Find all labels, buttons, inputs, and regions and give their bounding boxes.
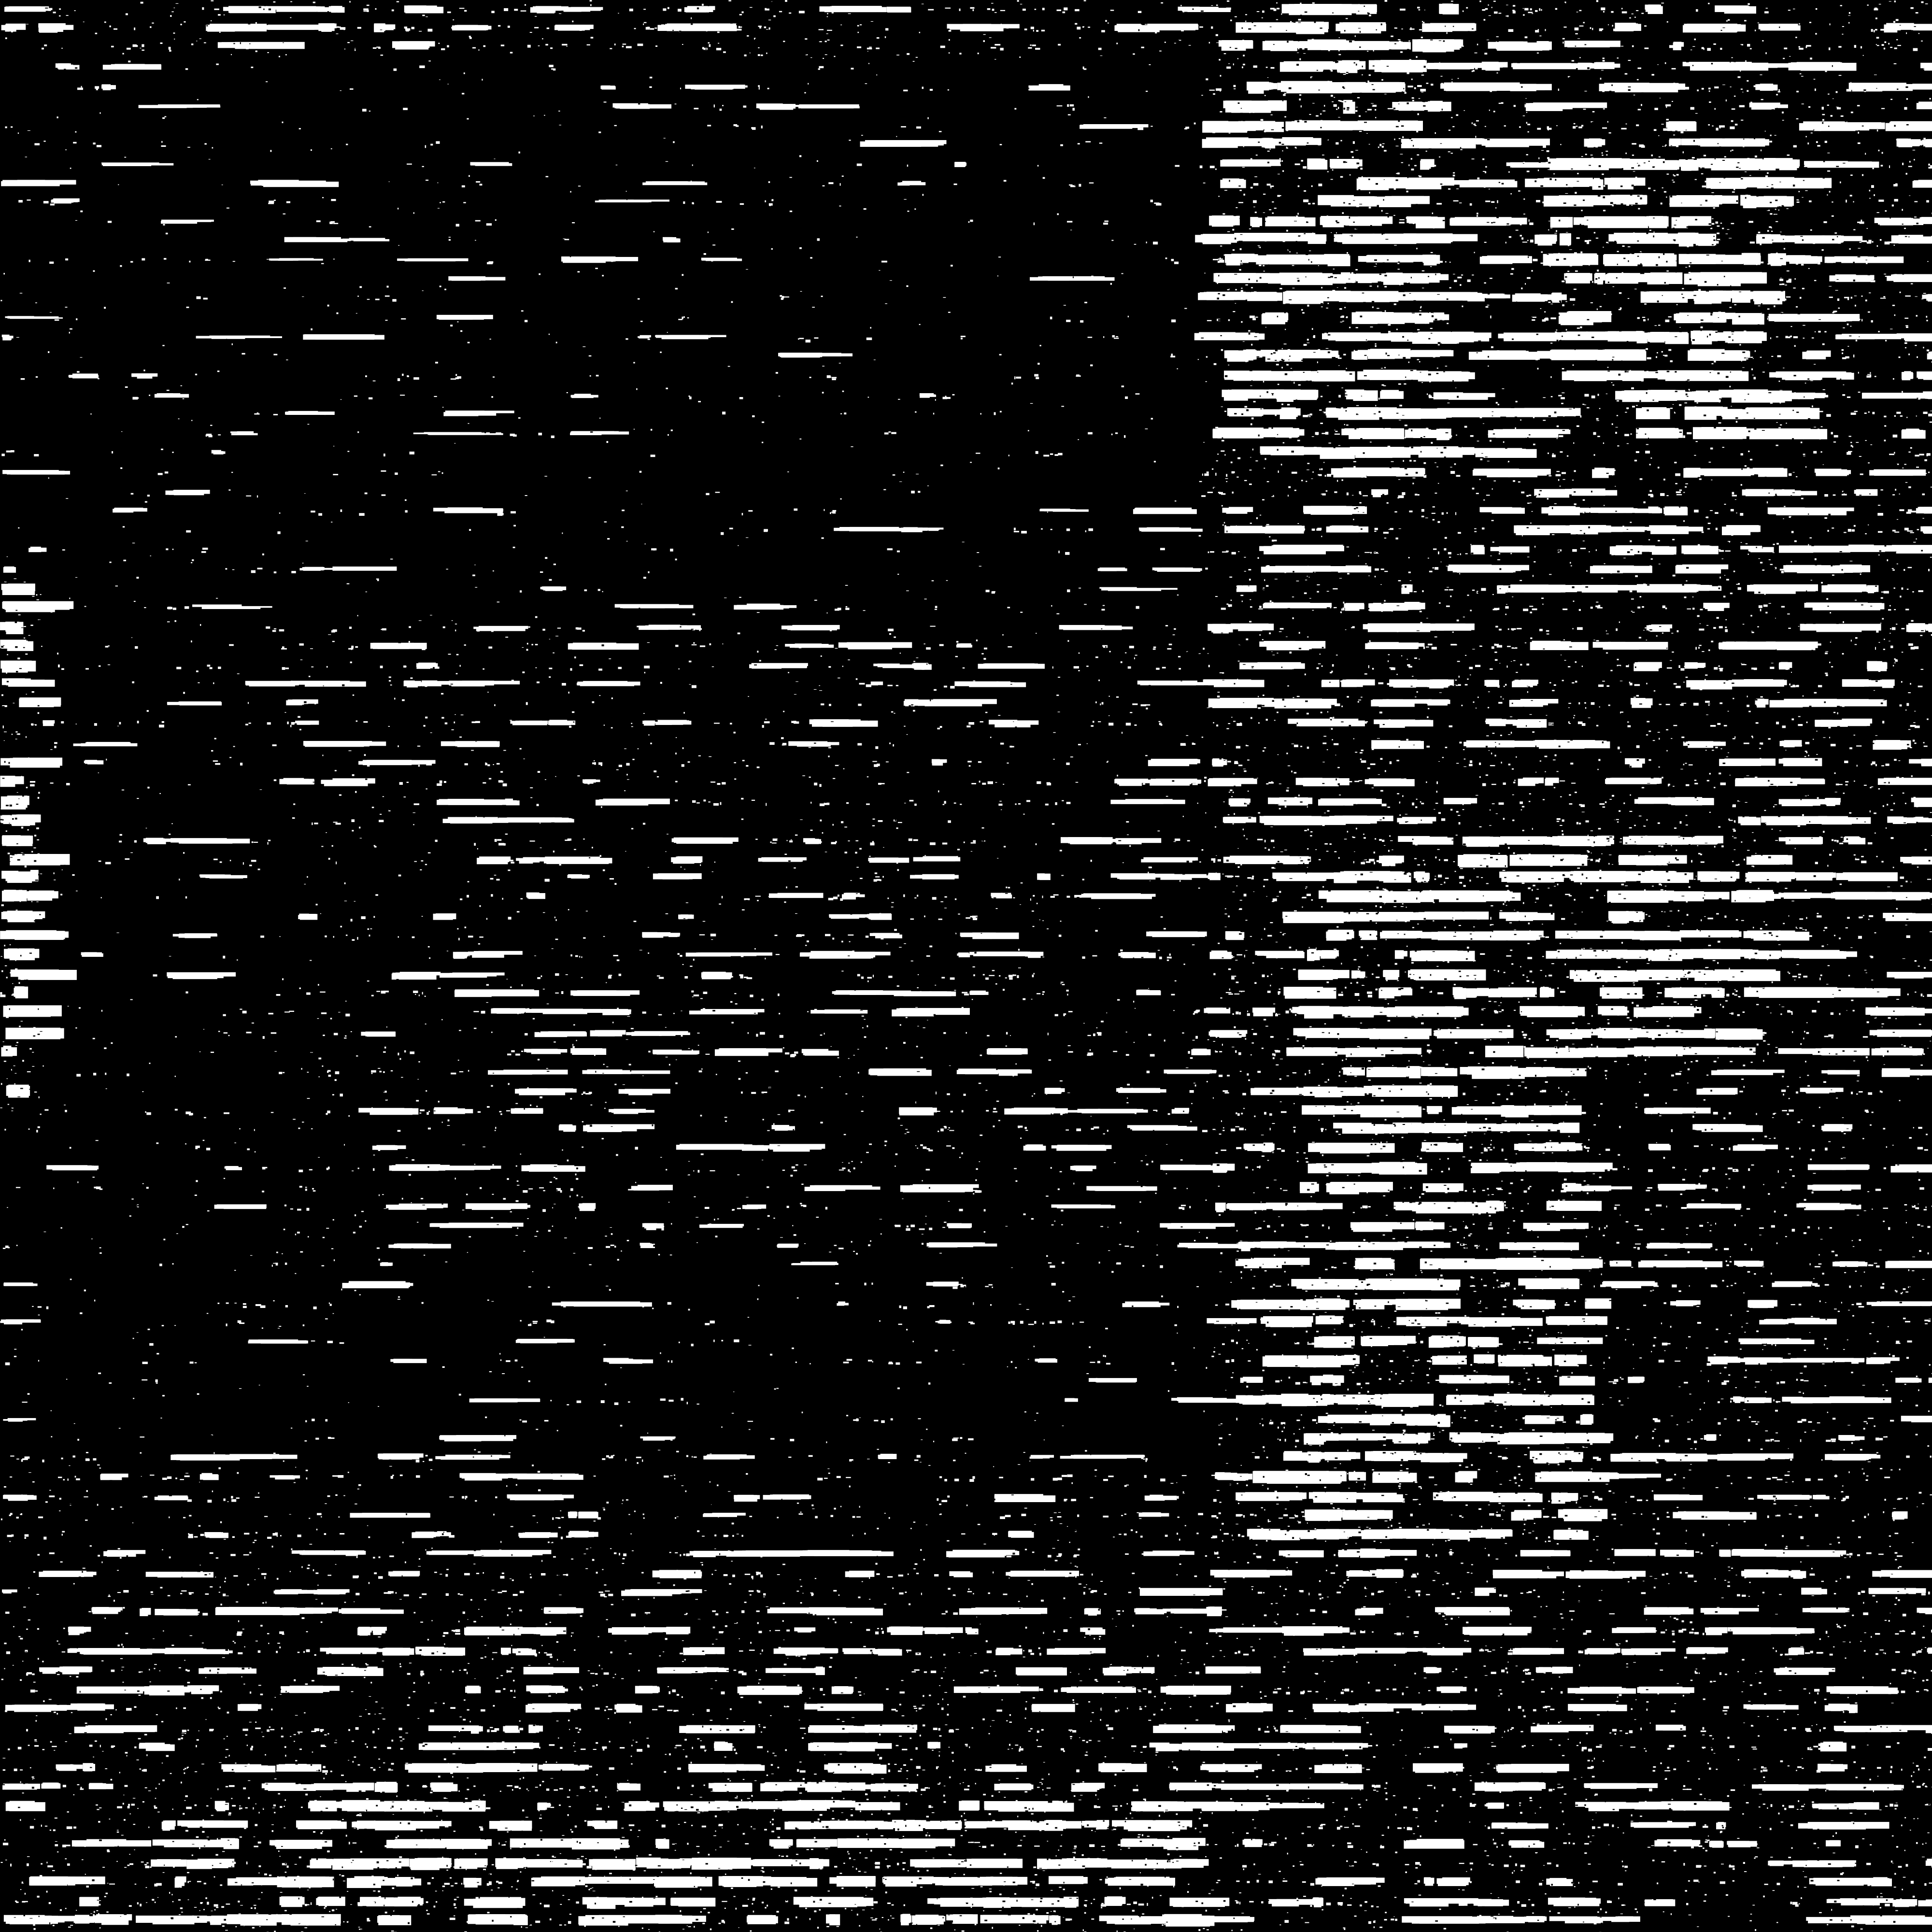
streak-texture-image [0,0,1932,1932]
